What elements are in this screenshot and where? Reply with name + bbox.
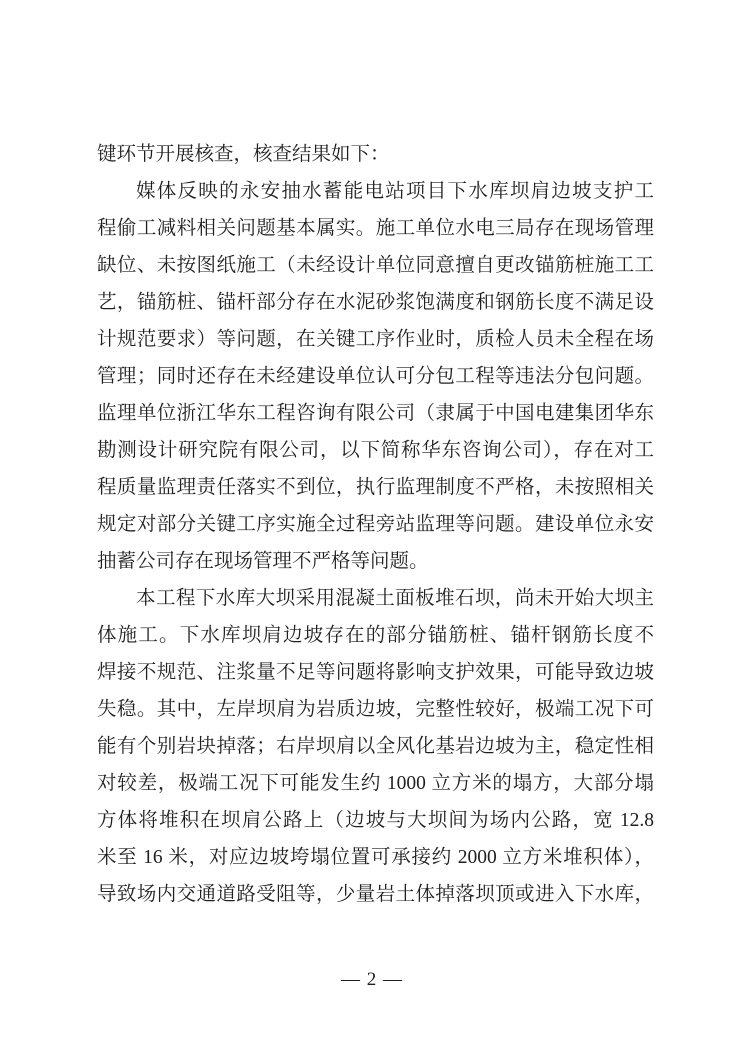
text-line: 体施工。下水库坝肩边坡存在的部分锚筋桩、锚杆钢筋长度不足、 bbox=[97, 617, 654, 654]
text-line: 导致场内交通道路受阻等，少量岩土体掉落坝顶或进入下水库， bbox=[97, 876, 654, 913]
text-line: 对较差，极端工况下可能发生约 1000 立方米的塌方，大部分塌 bbox=[97, 765, 654, 802]
text-line: 规定对部分关键工序实施全过程旁站监理等问题。建设单位永安 bbox=[97, 506, 654, 543]
text-line: 抽蓄公司存在现场管理不严格等问题。 bbox=[97, 543, 654, 580]
text-line: 本工程下水库大坝采用混凝土面板堆石坝，尚未开始大坝主 bbox=[97, 580, 654, 617]
text-line: 计规范要求）等问题，在关键工序作业时，质检人员未全程在场 bbox=[97, 321, 654, 358]
text-line: 管理；同时还存在未经建设单位认可分包工程等违法分包问题。 bbox=[97, 358, 654, 395]
text-line: 程质量监理责任落实不到位，执行监理制度不严格，未按照相关 bbox=[97, 469, 654, 506]
text-line: 方体将堆积在坝肩公路上（边坡与大坝间为场内公路，宽 12.8 bbox=[97, 802, 654, 839]
page-footer: — 2 — bbox=[0, 966, 744, 994]
text-line: 米至 16 米，对应边坡垮塌位置可承接约 2000 立方米堆积体）， bbox=[97, 839, 654, 876]
text-line: 失稳。其中，左岸坝肩为岩质边坡，完整性较好，极端工况下可 bbox=[97, 691, 654, 728]
text-line: 艺，锚筋桩、锚杆部分存在水泥砂浆饱满度和钢筋长度不满足设 bbox=[97, 284, 654, 321]
document-body: 键环节开展核查，核查结果如下：媒体反映的永安抽水蓄能电站项目下水库坝肩边坡支护工… bbox=[97, 136, 654, 913]
text-line: 勘测设计研究院有限公司，以下简称华东咨询公司），存在对工 bbox=[97, 432, 654, 469]
text-line: 能有个别岩块掉落；右岸坝肩以全风化基岩边坡为主，稳定性相 bbox=[97, 728, 654, 765]
text-line: 程偷工减料相关问题基本属实。施工单位水电三局存在现场管理 bbox=[97, 210, 654, 247]
text-line: 监理单位浙江华东工程咨询有限公司（隶属于中国电建集团华东 bbox=[97, 395, 654, 432]
text-line: 媒体反映的永安抽水蓄能电站项目下水库坝肩边坡支护工 bbox=[97, 173, 654, 210]
page-number: — 2 — bbox=[341, 969, 403, 990]
text-line: 缺位、未按图纸施工（未经设计单位同意擅自更改锚筋桩施工工 bbox=[97, 247, 654, 284]
document-page: 键环节开展核查，核查结果如下：媒体反映的永安抽水蓄能电站项目下水库坝肩边坡支护工… bbox=[0, 0, 744, 1051]
text-line: 键环节开展核查，核查结果如下： bbox=[97, 136, 654, 173]
text-line: 焊接不规范、注浆量不足等问题将影响支护效果，可能导致边坡 bbox=[97, 654, 654, 691]
